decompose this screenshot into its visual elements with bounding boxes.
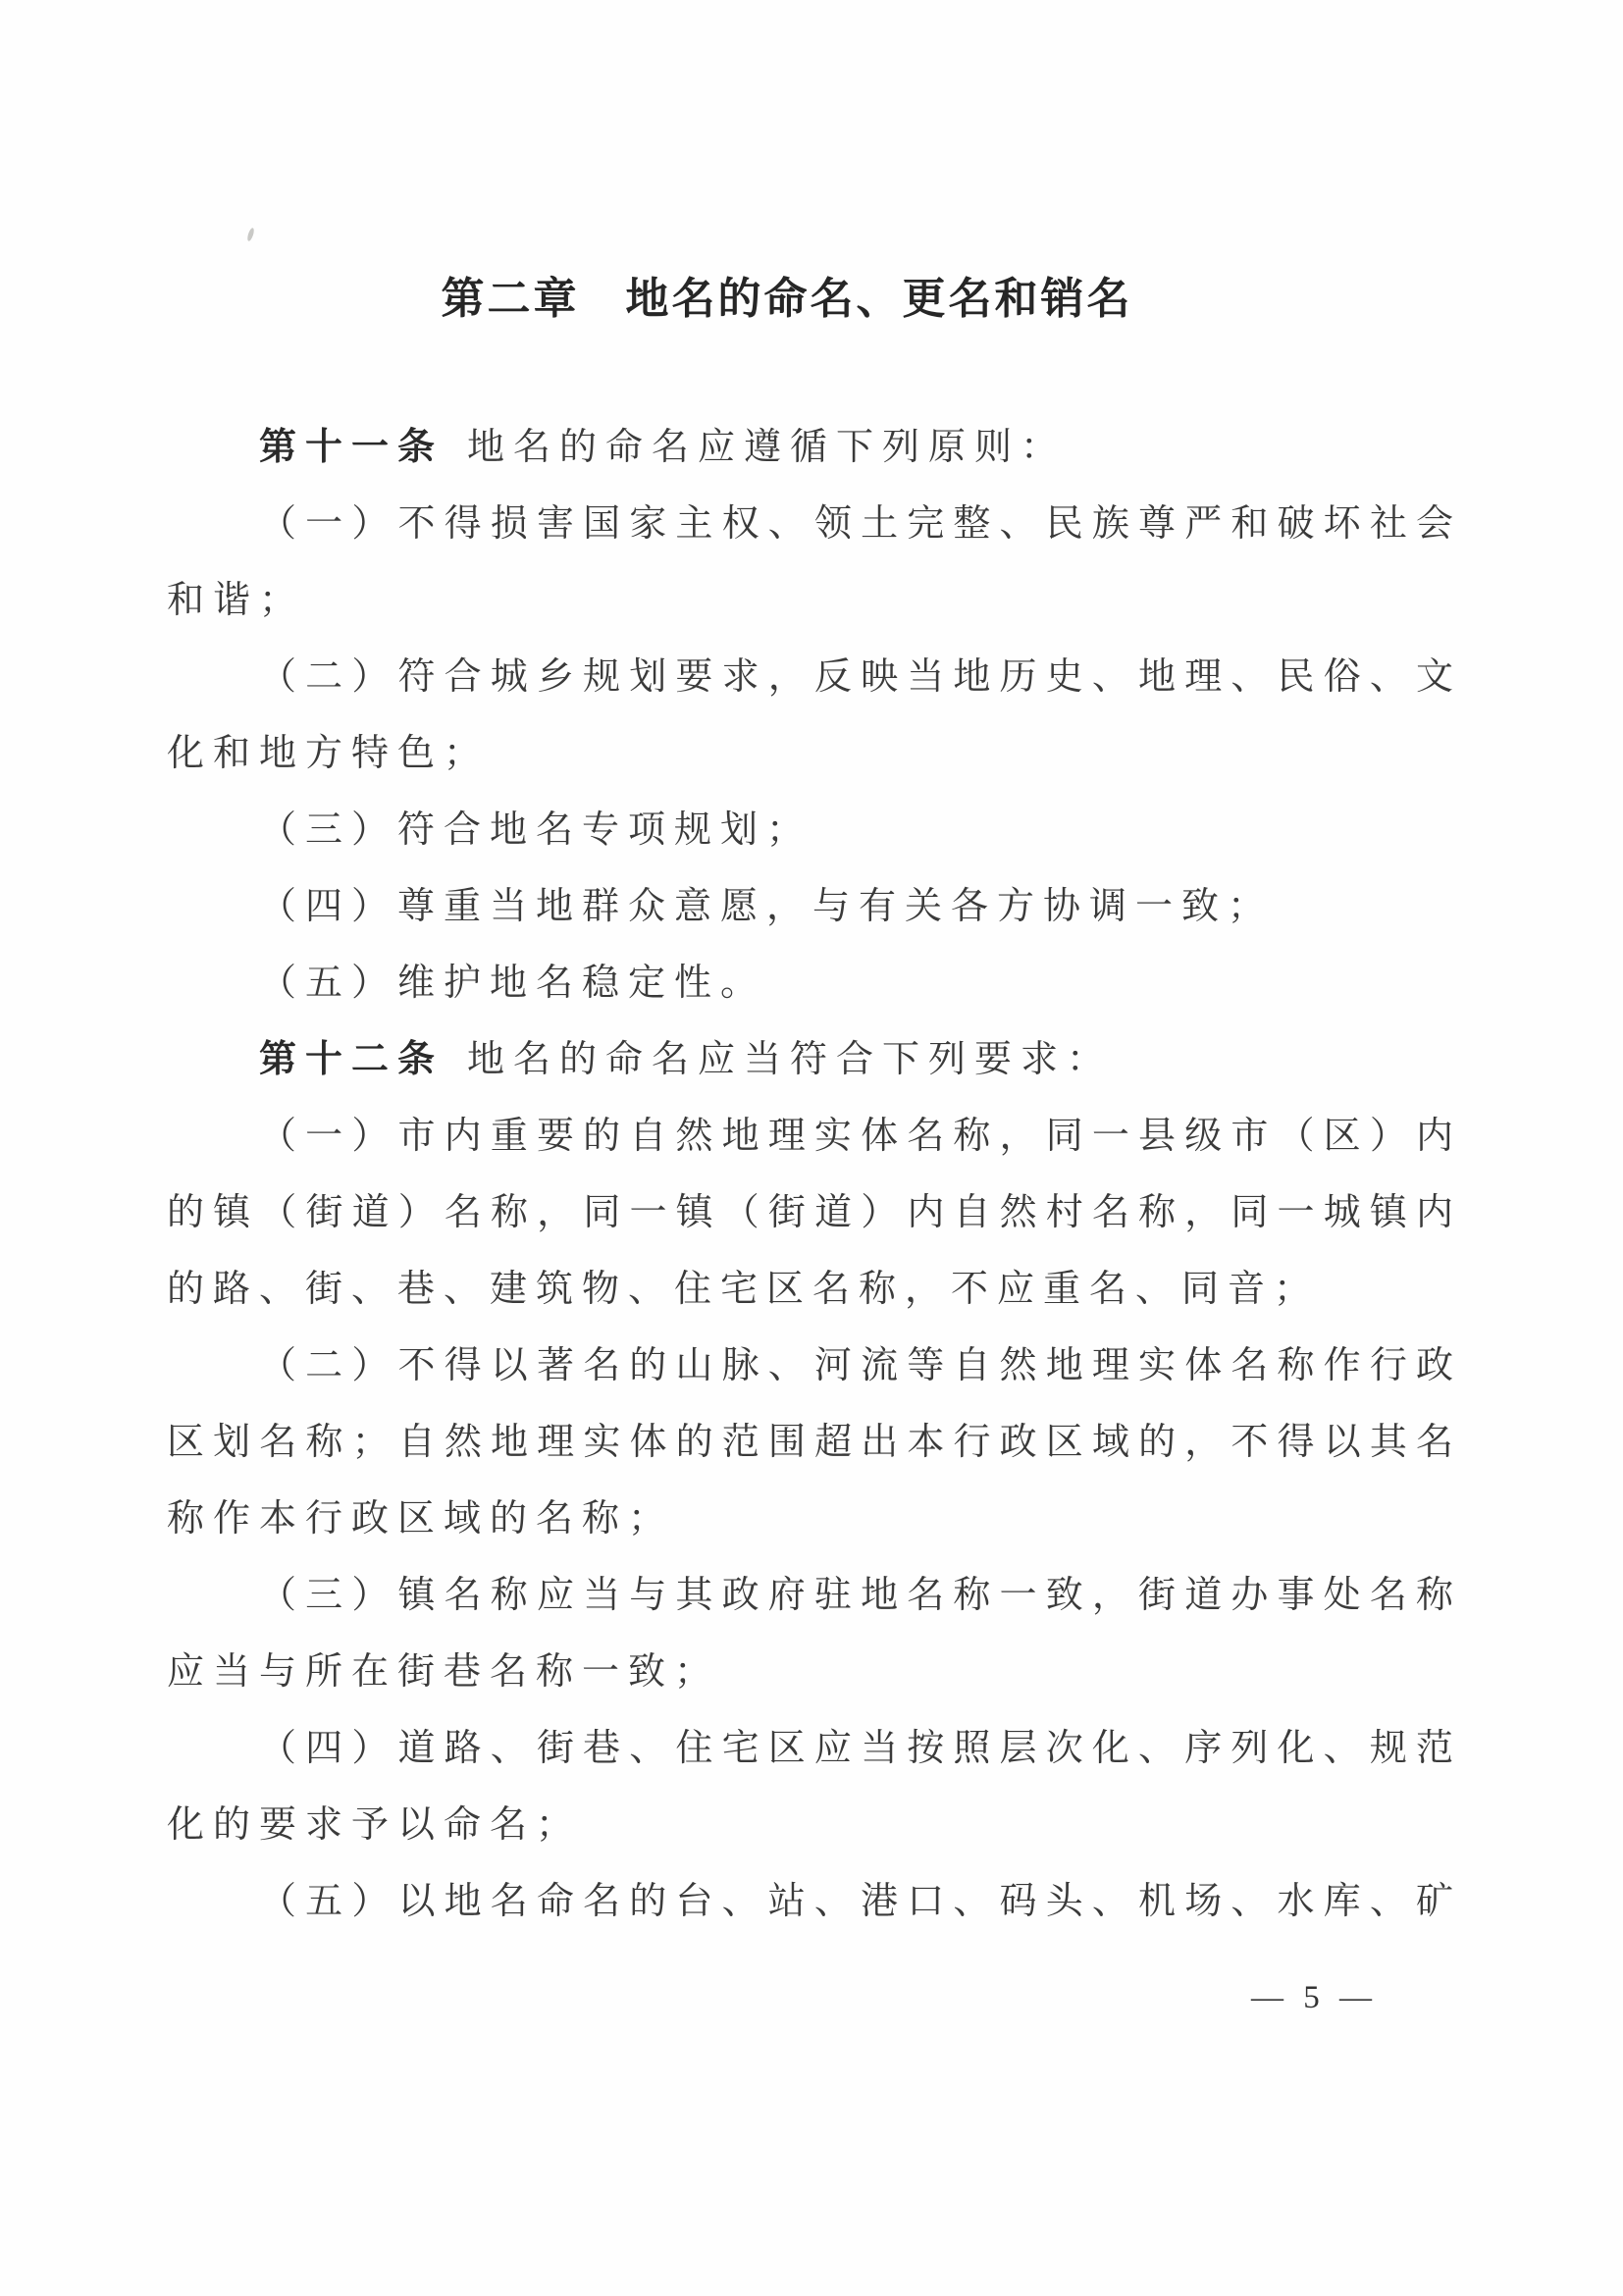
- document-line: （一）市内重要的自然地理实体名称，同一县级市（区）内: [167, 1098, 1462, 1174]
- document-line: （五）维护地名稳定性。: [167, 945, 1462, 1021]
- document-line: 第十二条地名的命名应当符合下列要求：: [167, 1021, 1462, 1098]
- document-line: 第十一条地名的命名应遵循下列原则：: [167, 409, 1462, 486]
- document-line: （一）不得损害国家主权、领土完整、民族尊严和破坏社会: [167, 486, 1462, 562]
- article-number: 第十二条: [259, 1039, 444, 1080]
- document-line: （三）符合地名专项规划；: [167, 792, 1462, 868]
- document-line: （四）道路、街巷、住宅区应当按照层次化、序列化、规范: [167, 1710, 1462, 1787]
- document-line: 应当与所在街巷名称一致；: [167, 1634, 1462, 1710]
- document-line: 化的要求予以命名；: [167, 1787, 1462, 1863]
- document-line: （五）以地名命名的台、站、港口、码头、机场、水库、矿: [167, 1863, 1462, 1940]
- document-line: 的镇（街道）名称，同一镇（街道）内自然村名称，同一城镇内: [167, 1174, 1462, 1251]
- document-line: （三）镇名称应当与其政府驻地名称一致，街道办事处名称: [167, 1557, 1462, 1634]
- document-line: 称作本行政区域的名称；: [167, 1481, 1462, 1557]
- document-line: （四）尊重当地群众意愿，与有关各方协调一致；: [167, 868, 1462, 945]
- document-line: 的路、街、巷、建筑物、住宅区名称，不应重名、同音；: [167, 1251, 1462, 1328]
- document-line: （二）不得以著名的山脉、河流等自然地理实体名称作行政: [167, 1328, 1462, 1404]
- page-number: — 5 —: [1251, 1980, 1378, 2016]
- document-page: 第二章 地名的命名、更名和销名 第十一条地名的命名应遵循下列原则：（一）不得损害…: [0, 0, 1623, 2296]
- document-body: 第十一条地名的命名应遵循下列原则：（一）不得损害国家主权、领土完整、民族尊严和破…: [167, 409, 1462, 1940]
- document-line: （二）符合城乡规划要求，反映当地历史、地理、民俗、文: [167, 639, 1462, 715]
- document-line: 区划名称；自然地理实体的范围超出本行政区域的，不得以其名: [167, 1404, 1462, 1481]
- article-number: 第十一条: [259, 427, 444, 468]
- chapter-title: 第二章 地名的命名、更名和销名: [139, 263, 1435, 326]
- document-line: 化和地方特色；: [167, 715, 1462, 792]
- scan-artifact: [246, 228, 255, 242]
- document-line: 和谐；: [167, 562, 1462, 639]
